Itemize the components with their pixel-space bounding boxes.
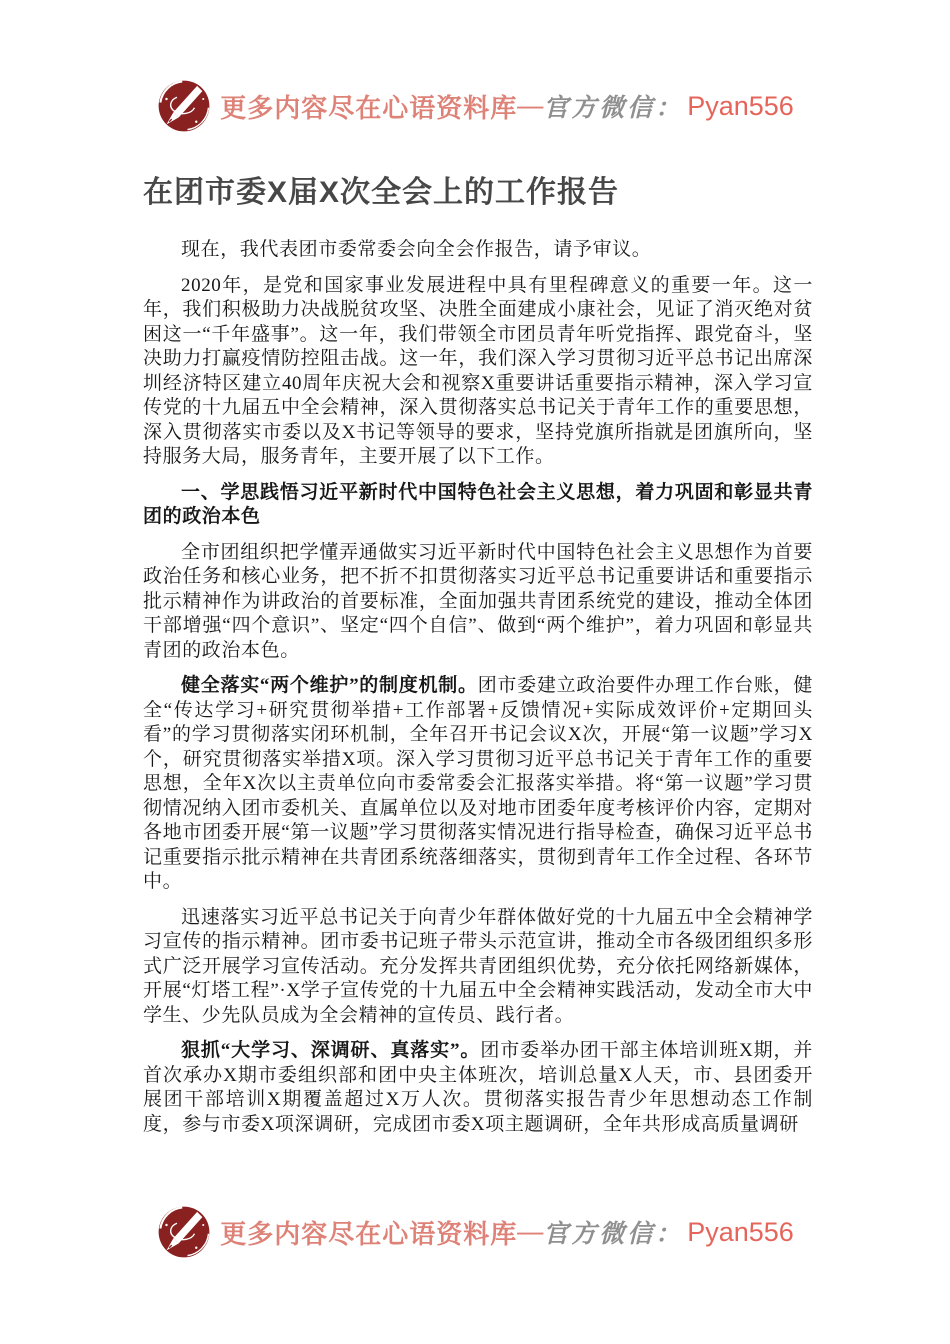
body-paragraph: 迅速落实习近平总书记关于向青少年群体做好党的十九届五中全会精神学习宣传的指示精神… xyxy=(143,906,813,1029)
page-title: 在团市委X届X次全会上的工作报告 xyxy=(143,174,813,212)
document-page: 更多内容尽在心语资料库—官方微信：Pyan556 在团市委X届X次全会上的工作报… xyxy=(0,0,950,1344)
watermark-dash: — xyxy=(517,91,543,121)
body-paragraph: 2020年，是党和国家事业发展进程中具有里程碑意义的重要一年。这一年，我们积极助… xyxy=(143,274,813,470)
section-heading: 一、学思践悟习近平新时代中国特色社会主义思想，着力巩固和彰显共青团的政治本色 xyxy=(143,481,813,530)
header-watermark: 更多内容尽在心语资料库—官方微信：Pyan556 xyxy=(0,78,950,134)
body-paragraph: 全市团组织把学懂弄通做实习近平新时代中国特色社会主义思想作为首要政治任务和核心业… xyxy=(143,541,813,664)
paragraph-lead-bold: 健全落实“两个维护”的制度机制。 xyxy=(181,675,478,696)
body-paragraph: 狠抓“大学习、深调研、真落实”。团市委举办团干部主体培训班X期，并首次承办X期市… xyxy=(143,1039,813,1137)
pen-swirl-logo-icon xyxy=(156,1204,212,1260)
watermark-dash: — xyxy=(517,1217,543,1247)
footer-watermark: 更多内容尽在心语资料库—官方微信：Pyan556 xyxy=(0,1204,950,1260)
opening-paragraph: 现在，我代表团市委常委会向全会作报告，请予审议。 xyxy=(143,238,813,263)
paragraph-text: 团市委建立政治要件办理工作台账，健全“传达学习+研究贯彻举措+工作部署+反馈情况… xyxy=(143,675,813,892)
watermark-wechat-label: 官方微信： xyxy=(543,1214,683,1250)
paragraph-lead-bold: 狠抓“大学习、深调研、真落实”。 xyxy=(181,1040,480,1061)
pen-swirl-logo-icon xyxy=(156,78,212,134)
watermark-wechat-label: 官方微信： xyxy=(543,88,683,124)
document-body: 在团市委X届X次全会上的工作报告 现在，我代表团市委常委会向全会作报告，请予审议… xyxy=(143,174,813,1148)
body-paragraph: 健全落实“两个维护”的制度机制。团市委建立政治要件办理工作台账，健全“传达学习+… xyxy=(143,674,813,895)
watermark-wechat-id: Pyan556 xyxy=(687,1217,794,1248)
watermark-brand-text: 更多内容尽在心语资料库 xyxy=(220,1214,517,1251)
watermark-brand-text: 更多内容尽在心语资料库 xyxy=(220,88,517,125)
watermark-wechat-id: Pyan556 xyxy=(687,91,794,122)
